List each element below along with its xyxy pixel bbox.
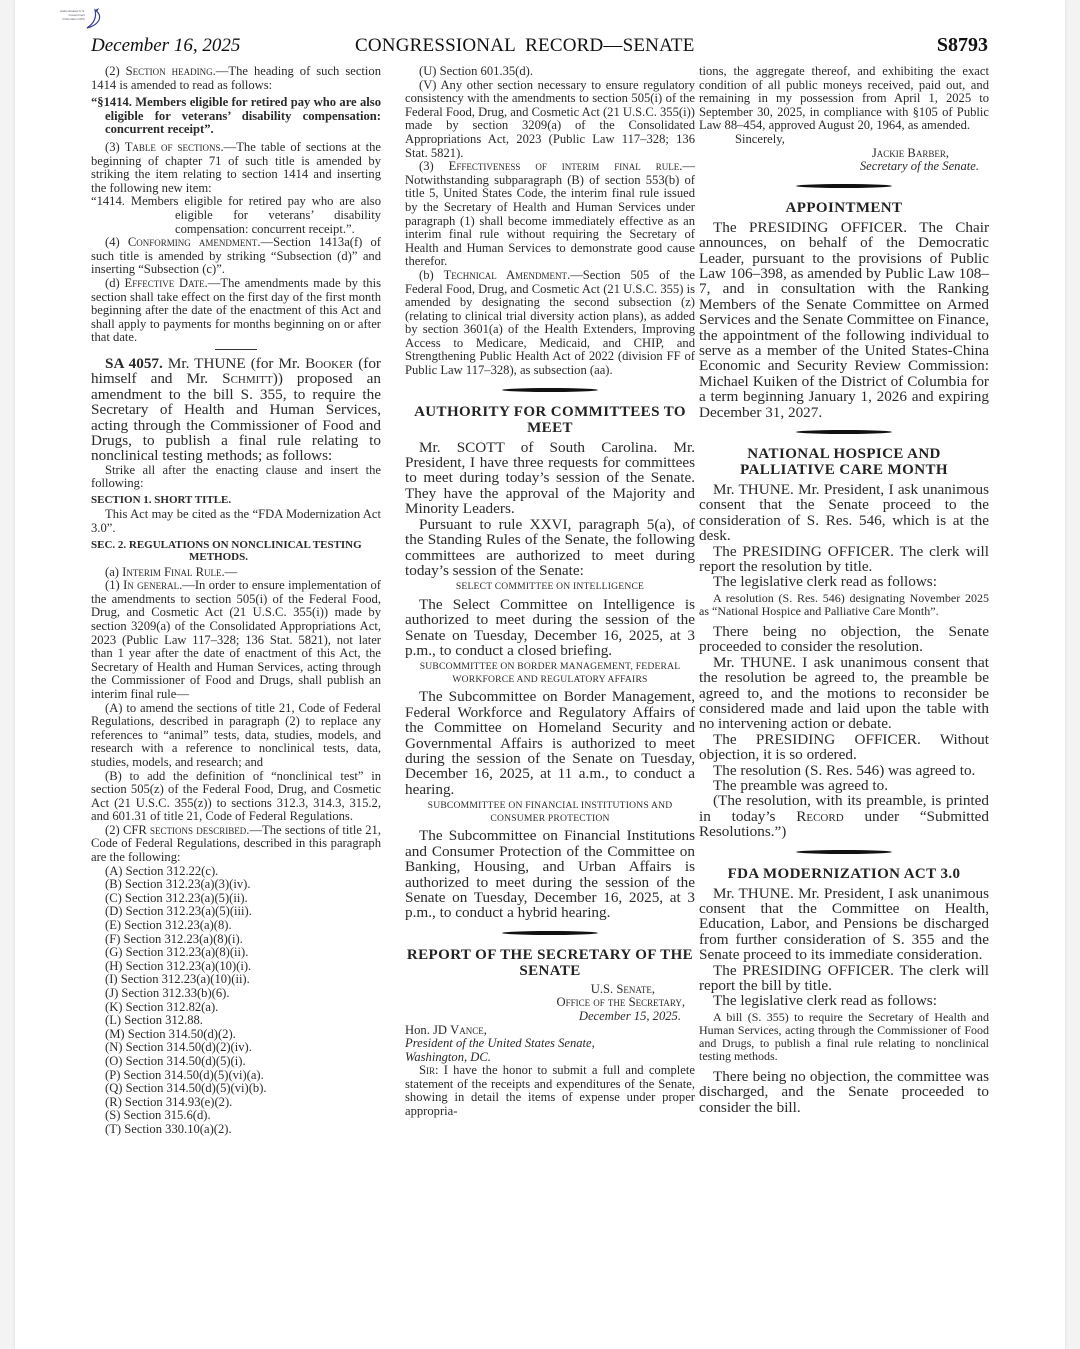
signature-title: Secretary of the Senate. bbox=[699, 160, 989, 174]
paragraph: This Act may be cited as the “FDA Modern… bbox=[91, 508, 381, 535]
letter-sender-line: U.S. Senate, bbox=[405, 983, 695, 997]
record-page: Authenticated U.S. Government Informatio… bbox=[15, 0, 1065, 1349]
list-item: (I) Section 312.23(a)(10)(ii). bbox=[91, 973, 381, 987]
paragraph: Mr. SCOTT of South Carolina. Mr. Preside… bbox=[405, 440, 695, 517]
list-item: (F) Section 312.23(a)(8)(i). bbox=[91, 933, 381, 947]
list-item: (B) Section 312.23(a)(3)(iv). bbox=[91, 878, 381, 892]
page-number: S8793 bbox=[937, 34, 988, 57]
list-item: (L) Section 312.88. bbox=[91, 1014, 381, 1028]
list-item: (A) Section 312.22(c). bbox=[91, 865, 381, 879]
list-item: (S) Section 315.6(d). bbox=[91, 1109, 381, 1123]
paragraph: There being no objection, the committee … bbox=[699, 1069, 989, 1115]
divider bbox=[215, 349, 257, 350]
list-item: (M) Section 314.50(d)(2). bbox=[91, 1028, 381, 1042]
paragraph: The PRESIDING OFFICER. The clerk will re… bbox=[699, 963, 989, 994]
section-divider bbox=[796, 430, 892, 434]
list-item: (N) Section 314.50(d)(2)(iv). bbox=[91, 1041, 381, 1055]
paragraph: (The resolution, with its preamble, is p… bbox=[699, 793, 989, 839]
paragraph: The PRESIDING OFFICER. The Chair announc… bbox=[699, 220, 989, 420]
paragraph: The preamble was agreed to. bbox=[699, 778, 989, 793]
gpo-authenticated-logo-icon: Authenticated U.S. Government Informatio… bbox=[59, 6, 107, 32]
section-divider bbox=[502, 931, 598, 935]
paragraph: The Select Committee on Intelligence is … bbox=[405, 597, 695, 659]
list-item: (H) Section 312.23(a)(10)(i). bbox=[91, 960, 381, 974]
paragraph: The resolution (S. Res. 546) was agreed … bbox=[699, 763, 989, 778]
running-header: December 16, 2025 CONGRESSIONAL RECORD—S… bbox=[91, 33, 988, 59]
paragraph: The legislative clerk read as follows: bbox=[699, 574, 989, 589]
section-divider bbox=[796, 184, 892, 188]
issue-date: December 16, 2025 bbox=[91, 35, 240, 57]
list-item: (O) Section 314.50(d)(5)(i). bbox=[91, 1055, 381, 1069]
addressee: Hon. JD Vance, bbox=[405, 1024, 695, 1038]
paragraph: (2) Section heading.—The heading of such… bbox=[91, 65, 381, 92]
paragraph: Pursuant to rule XXVI, paragraph 5(a), o… bbox=[405, 517, 695, 579]
paragraph: The legislative clerk read as follows: bbox=[699, 993, 989, 1008]
column-3: tions, the aggregate thereof, and exhibi… bbox=[699, 65, 989, 1115]
signature-name: Jackie Barber, bbox=[699, 147, 989, 161]
paragraph: (2) CFR sections described.—The sections… bbox=[91, 824, 381, 865]
paragraph: (1) In general.—In order to ensure imple… bbox=[91, 579, 381, 701]
section-heading: SECTION 1. SHORT TITLE. bbox=[91, 494, 381, 507]
paragraph: (3) Table of sections.—The table of sect… bbox=[91, 141, 381, 195]
amendment-paragraph: SA 4057. Mr. THUNE (for Mr. Booker (for … bbox=[91, 356, 381, 464]
list-item: (G) Section 312.23(a)(8)(ii). bbox=[91, 946, 381, 960]
paragraph: (B) to add the definition of “nonclinica… bbox=[91, 770, 381, 824]
list-item: (J) Section 312.33(b)(6). bbox=[91, 987, 381, 1001]
paragraph: The Subcommittee on Border Management, F… bbox=[405, 689, 695, 797]
committee-subheading: SELECT COMMITTEE ON INTELLIGENCE bbox=[405, 581, 695, 594]
paragraph: tions, the aggregate thereof, and exhibi… bbox=[699, 65, 989, 133]
paragraph: (a) Interim Final Rule.— bbox=[91, 566, 381, 580]
list-item: (U) Section 601.35(d). bbox=[405, 65, 695, 79]
column-2: (U) Section 601.35(d). (V) Any other sec… bbox=[405, 65, 695, 1119]
paragraph: (V) Any other section necessary to ensur… bbox=[405, 79, 695, 161]
resolution-title-quote: A resolution (S. Res. 546) designating N… bbox=[699, 592, 989, 618]
paragraph: (A) to amend the sections of title 21, C… bbox=[91, 702, 381, 770]
cfr-section-list: (A) Section 312.22(c). (B) Section 312.2… bbox=[91, 865, 381, 1137]
list-item: (C) Section 312.23(a)(5)(ii). bbox=[91, 892, 381, 906]
paragraph: The PRESIDING OFFICER. The clerk will re… bbox=[699, 544, 989, 575]
paragraph: Mr. THUNE. Mr. President, I ask unanimou… bbox=[699, 482, 989, 544]
paragraph: Sir: I have the honor to submit a full a… bbox=[405, 1064, 695, 1118]
list-item: (T) Section 330.10(a)(2). bbox=[91, 1123, 381, 1137]
paragraph: Mr. THUNE. I ask unanimous consent that … bbox=[699, 655, 989, 732]
paragraph: The PRESIDING OFFICER. Without objection… bbox=[699, 732, 989, 763]
list-item: (E) Section 312.23(a)(8). bbox=[91, 919, 381, 933]
paragraph: Strike all after the enacting clause and… bbox=[91, 464, 381, 491]
closing: Sincerely, bbox=[699, 133, 989, 147]
addressee-title: President of the United States Senate, bbox=[405, 1037, 695, 1051]
paragraph: (d) Effective Date.—The amendments made … bbox=[91, 277, 381, 345]
letter-date: December 15, 2025. bbox=[405, 1010, 695, 1024]
bill-title-quote: A bill (S. 355) to require the Secretary… bbox=[699, 1011, 989, 1063]
list-item: (Q) Section 314.50(d)(5)(vi)(b). bbox=[91, 1082, 381, 1096]
list-item: (P) Section 314.50(d)(5)(vi)(a). bbox=[91, 1069, 381, 1083]
section-heading: SEC. 2. REGULATIONS ON NONCLINICAL TESTI… bbox=[91, 539, 381, 564]
paragraph: (b) Technical Amendment.—Section 505 of … bbox=[405, 269, 695, 378]
publication-title: CONGRESSIONAL RECORD—SENATE bbox=[355, 35, 695, 57]
list-item: (K) Section 312.82(a). bbox=[91, 1001, 381, 1015]
committee-subheading: SUBCOMMITTEE ON FINANCIAL INSTITUTIONS A… bbox=[405, 800, 695, 825]
addressee-city: Washington, DC. bbox=[405, 1051, 695, 1065]
paragraph: There being no objection, the Senate pro… bbox=[699, 624, 989, 655]
section-title-fda-modernization: FDA MODERNIZATION ACT 3.0 bbox=[699, 866, 989, 882]
section-title-authority-for-committees: AUTHORITY FOR COMMITTEES TO MEET bbox=[405, 404, 695, 436]
committee-subheading: SUBCOMMITTEE ON BORDER MANAGEMENT, FEDER… bbox=[405, 661, 695, 686]
paragraph: The Subcommittee on Financial Institutio… bbox=[405, 828, 695, 920]
column-1: (2) Section heading.—The heading of such… bbox=[91, 65, 381, 1137]
table-of-sections-item: “1414. Members eligible for retired pay … bbox=[91, 195, 381, 236]
logo-text: Authenticated U.S. Government Informatio… bbox=[59, 9, 85, 21]
section-title-report-of-secretary: REPORT OF THE SECRETARY OF THE SENATE bbox=[405, 947, 695, 979]
paragraph: Mr. THUNE. Mr. President, I ask unanimou… bbox=[699, 886, 989, 963]
paragraph: (4) Conforming amendment.—Section 1413a(… bbox=[91, 236, 381, 277]
paragraph: (3) Effectiveness of interim final rule.… bbox=[405, 160, 695, 269]
section-title-national-hospice: NATIONAL HOSPICE AND PALLIATIVE CARE MON… bbox=[699, 446, 989, 478]
section-title-appointment: APPOINTMENT bbox=[699, 200, 989, 216]
eagle-icon bbox=[83, 6, 105, 32]
letter-sender-line: Office of the Secretary, bbox=[405, 996, 695, 1010]
quoted-section-heading: “§1414. Members eligible for retired pay… bbox=[91, 96, 381, 137]
list-item: (R) Section 314.93(e)(2). bbox=[91, 1096, 381, 1110]
list-item: (D) Section 312.23(a)(5)(iii). bbox=[91, 905, 381, 919]
section-divider bbox=[796, 850, 892, 854]
section-divider bbox=[502, 388, 598, 392]
